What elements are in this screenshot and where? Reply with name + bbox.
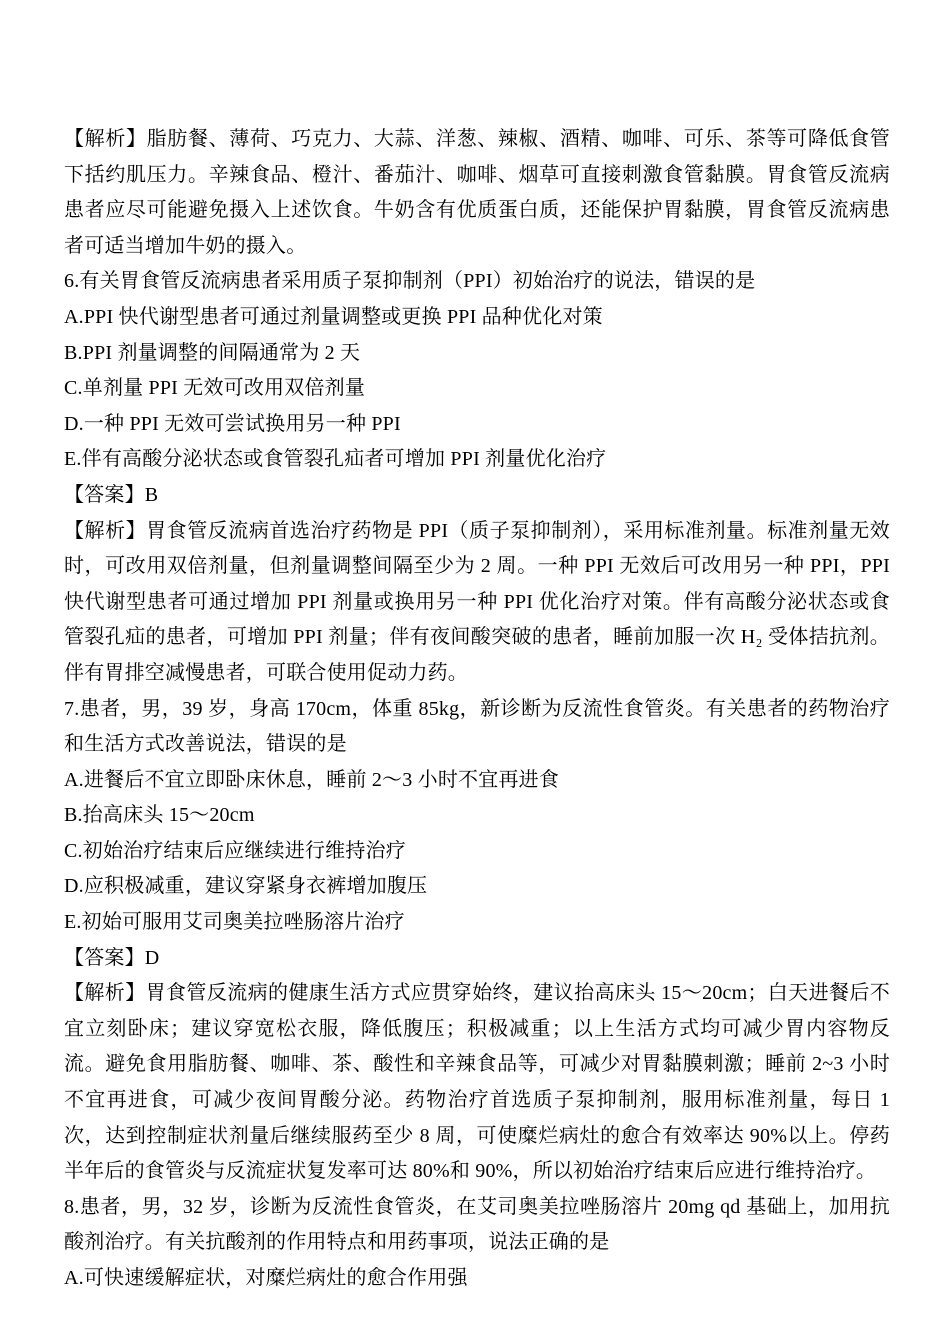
question-7-explanation: 【解析】胃食管反流病的健康生活方式应贯穿始终，建议抬高床头 15～20cm；白天… xyxy=(64,976,890,1190)
explanation-q5: 【解析】脂肪餐、薄荷、巧克力、大蒜、洋葱、辣椒、酒精、咖啡、可乐、茶等可降低食管… xyxy=(64,122,890,264)
question-7-option-c: C.初始治疗结束后应继续进行维持治疗 xyxy=(64,834,890,870)
question-8-option-a: A.可快速缓解症状，对糜烂病灶的愈合作用强 xyxy=(64,1261,890,1297)
question-7-option-a: A.进餐后不宜立即卧床休息，睡前 2～3 小时不宜再进食 xyxy=(64,763,890,799)
question-6-answer: 【答案】B xyxy=(64,478,890,514)
document-page: 【解析】脂肪餐、薄荷、巧克力、大蒜、洋葱、辣椒、酒精、咖啡、可乐、茶等可降低食管… xyxy=(0,0,950,1344)
question-6-explanation: 【解析】胃食管反流病首选治疗药物是 PPI（质子泵抑制剂），采用标准剂量。标准剂… xyxy=(64,514,890,692)
question-6-option-a: A.PPI 快代谢型患者可通过剂量调整或更换 PPI 品种优化对策 xyxy=(64,300,890,336)
question-6-option-c: C.单剂量 PPI 无效可改用双倍剂量 xyxy=(64,371,890,407)
question-7-option-d: D.应积极减重，建议穿紧身衣裤增加腹压 xyxy=(64,869,890,905)
question-7-answer: 【答案】D xyxy=(64,941,890,977)
question-6-option-e: E.伴有高酸分泌状态或食管裂孔疝者可增加 PPI 剂量优化治疗 xyxy=(64,442,890,478)
question-7-option-e: E.初始可服用艾司奥美拉唑肠溶片治疗 xyxy=(64,905,890,941)
question-6-option-d: D.一种 PPI 无效可尝试换用另一种 PPI xyxy=(64,407,890,443)
question-6-stem: 6.有关胃食管反流病患者采用质子泵抑制剂（PPI）初始治疗的说法，错误的是 xyxy=(64,264,890,300)
question-7-option-b: B.抬高床头 15～20cm xyxy=(64,798,890,834)
question-8-stem: 8.患者，男，32 岁，诊断为反流性食管炎，在艾司奥美拉唑肠溶片 20mg qd… xyxy=(64,1190,890,1261)
question-7-stem: 7.患者，男，39 岁，身高 170cm，体重 85kg，新诊断为反流性食管炎。… xyxy=(64,692,890,763)
question-6-option-b: B.PPI 剂量调整的间隔通常为 2 天 xyxy=(64,336,890,372)
